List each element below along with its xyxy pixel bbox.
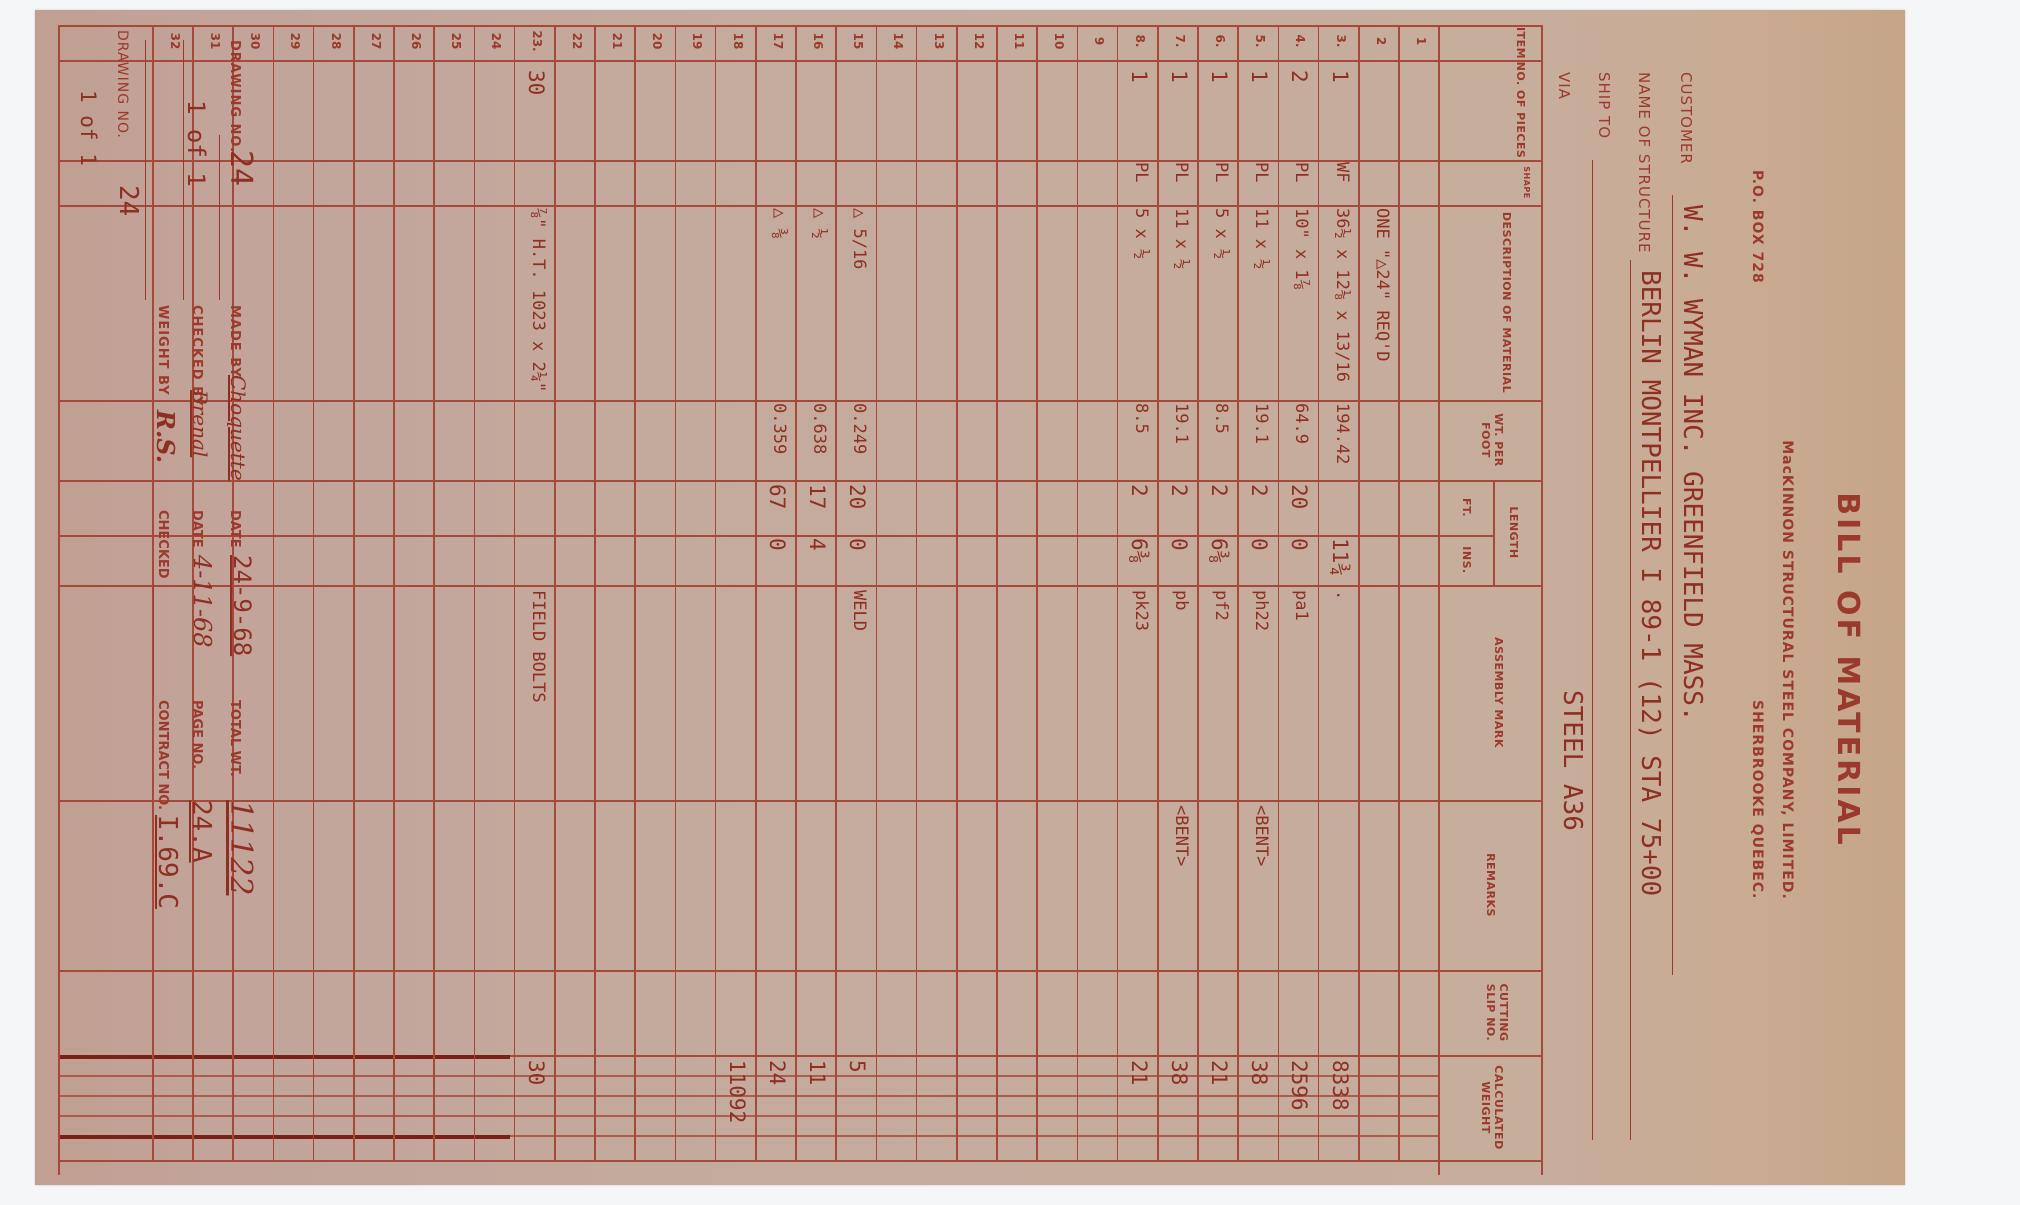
- cell-wt: 19.1: [1251, 403, 1271, 481]
- cell-item: 21: [610, 26, 624, 56]
- cell-mark: pf2: [1211, 590, 1231, 800]
- cell-ins: 0: [1287, 538, 1311, 584]
- cell-item: 29: [288, 26, 302, 56]
- cell-description: 36½ x 12⅛ x 13/16: [1332, 208, 1352, 398]
- cell-wt: 0.638: [809, 403, 829, 481]
- cell-description: △ ⅜: [769, 208, 789, 398]
- steel-grade: STEEL A36: [1557, 690, 1587, 831]
- cell-ins: 6⅜: [1127, 538, 1151, 584]
- cell-shape: PL: [1171, 162, 1191, 207]
- header-description: DESCRIPTION OF MATERIAL: [1500, 205, 1513, 400]
- cell-item: 24: [489, 26, 503, 56]
- header-length: LENGTH: [1507, 480, 1520, 585]
- cell-description: 11 x ½: [1171, 208, 1191, 398]
- cell-weight: 30: [524, 1060, 548, 1160]
- cell-item: 12: [972, 26, 986, 56]
- cell-wt: 194.42: [1332, 403, 1352, 481]
- cell-ft: 2: [1127, 484, 1151, 534]
- cell-item: 19: [690, 26, 704, 56]
- city: SHERBROOKE QUEBEC.: [1749, 700, 1765, 1000]
- page-no-label: PAGE NO.: [189, 700, 204, 769]
- cell-item: 11: [1012, 26, 1026, 56]
- cell-remarks: <BENT>: [1171, 805, 1191, 970]
- cell-pieces: 1: [1167, 70, 1191, 160]
- cell-weight: 24: [765, 1060, 789, 1160]
- cell-item: 25: [449, 26, 463, 56]
- cell-item: 2: [1374, 26, 1388, 56]
- cell-weight: 21: [1127, 1060, 1151, 1160]
- cell-ins: 0: [1167, 538, 1191, 584]
- cell-wt: 19.1: [1171, 403, 1191, 481]
- total-wt-value: 11122: [223, 800, 258, 895]
- cell-ins: 6⅜: [1207, 538, 1231, 584]
- footer-block: DRAWING NO. 24 MADE BY Choquette DATE 24…: [60, 40, 250, 1190]
- weight-by-value: R.S.: [151, 410, 180, 463]
- cell-description: 5 x ½: [1131, 208, 1151, 398]
- customer-label: CUSTOMER: [1677, 72, 1695, 165]
- cell-item: 8.: [1133, 26, 1147, 56]
- cell-remarks: <BENT>: [1251, 805, 1271, 970]
- cell-shape: PL: [1131, 162, 1151, 207]
- header-wt-per-foot: WT. PER FOOT: [1479, 400, 1505, 480]
- header-calculated-weight: CALCULATED WEIGHT: [1479, 1055, 1505, 1160]
- cell-weight: 2596: [1287, 1060, 1311, 1160]
- cell-description: △ ½: [809, 208, 829, 398]
- cell-description: ⅞" H.T. 1023 x 2¼": [528, 208, 548, 398]
- cell-item: 5.: [1253, 26, 1267, 56]
- cell-wt: 0.359: [769, 403, 789, 481]
- structure-label: NAME OF STRUCTURE: [1635, 72, 1653, 253]
- cell-item: 26: [409, 26, 423, 56]
- cell-item: 14: [891, 26, 905, 56]
- structure-value: BERLIN MONTPELLIER I 89-1 (12) STA 75+00: [1635, 270, 1665, 896]
- cell-item: 18: [731, 26, 745, 56]
- cell-item: 27: [369, 26, 383, 56]
- cell-item: 3.: [1334, 26, 1348, 56]
- form-title: BILL OF MATERIAL: [1830, 390, 1865, 950]
- header-assembly-mark: ASSEMBLY MARK: [1492, 585, 1505, 800]
- header-ins: INS.: [1460, 535, 1473, 585]
- date-label: DATE: [227, 510, 242, 548]
- cell-description: 10" x 1⅞: [1291, 208, 1311, 398]
- total-wt-label: TOTAL WT.: [227, 700, 242, 777]
- cell-shape: PL: [1251, 162, 1271, 207]
- contract-no-value: I.69.C: [152, 815, 182, 909]
- header-pieces: NO. OF PIECES: [1514, 60, 1527, 160]
- cell-item: 20: [650, 26, 664, 56]
- contract-no-label: CONTRACT NO.: [155, 700, 170, 810]
- cell-ins: 11¾: [1328, 538, 1352, 584]
- cell-pieces: 30: [524, 70, 548, 160]
- cell-ins: 0: [1247, 538, 1271, 584]
- cell-ft: 2: [1167, 484, 1191, 534]
- cell-wt: 8.5: [1211, 403, 1231, 481]
- cell-item: 15: [851, 26, 865, 56]
- cell-mark: pb: [1171, 590, 1191, 800]
- cell-ins: 4: [805, 538, 829, 584]
- checked-by-value: Brenal: [188, 390, 212, 457]
- cell-pieces: 1: [1207, 70, 1231, 160]
- customer-value: W. W. WYMAN INC. GREENFIELD MASS.: [1677, 205, 1707, 722]
- cell-item: 7.: [1173, 26, 1187, 56]
- cell-mark: WELD: [849, 590, 869, 800]
- cell-mark: pk23: [1131, 590, 1151, 800]
- cell-shape: PL: [1211, 162, 1231, 207]
- ship-to-label: SHIP TO: [1595, 72, 1613, 139]
- cell-pieces: 1: [1247, 70, 1271, 160]
- cell-item: 13: [932, 26, 946, 56]
- cell-ft: 2: [1247, 484, 1271, 534]
- cell-wt: 8.5: [1131, 403, 1151, 481]
- cell-ft: 17: [805, 484, 829, 534]
- date2-label: DATE: [189, 510, 204, 548]
- cell-item: 6.: [1213, 26, 1227, 56]
- cell-shape: PL: [1291, 162, 1311, 207]
- cell-item: 17: [771, 26, 785, 56]
- cell-weight: 38: [1247, 1060, 1271, 1160]
- sheet-value-2: 1 of 1: [182, 100, 210, 187]
- header-shape: SHAPE: [1520, 160, 1533, 205]
- weight-by-label: WEIGHT BY: [155, 305, 170, 396]
- cell-pieces: 1: [1127, 70, 1151, 160]
- header-ft: FT.: [1460, 480, 1473, 535]
- cell-ft: 20: [1287, 484, 1311, 534]
- cell-ins: 0: [765, 538, 789, 584]
- made-by-value: Choquette: [226, 375, 250, 481]
- header-item: ITEM: [1514, 26, 1527, 60]
- cell-mark: ph22: [1251, 590, 1271, 800]
- cell-pieces: 1: [1328, 70, 1352, 160]
- cell-description: ONE "△24" REQ'D: [1372, 208, 1392, 398]
- cell-ins: 0: [845, 538, 869, 584]
- drawing-no-value-2: 24: [223, 150, 258, 186]
- po-box: P.O. BOX 728: [1749, 170, 1765, 470]
- cell-item: 23.: [530, 26, 544, 56]
- cell-weight: 8338: [1328, 1060, 1352, 1160]
- date-value: 24-9-68: [228, 555, 256, 656]
- cell-item: 10: [1052, 26, 1066, 56]
- cell-description: 5 x ½: [1211, 208, 1231, 398]
- company-name: MacKINNON STRUCTURAL STEEL COMPANY, LIMI…: [1779, 270, 1795, 1070]
- cell-mark: FIELD BOLTS: [528, 590, 548, 800]
- drawing-no-label-2: DRAWING NO.: [227, 40, 242, 153]
- cell-item: 4.: [1293, 26, 1307, 56]
- cell-item: 1: [1414, 26, 1428, 56]
- cell-weight: 38: [1167, 1060, 1191, 1160]
- cell-item: 28: [329, 26, 343, 56]
- cell-weight: 11: [805, 1060, 829, 1160]
- cell-description: 11 x ½: [1251, 208, 1271, 398]
- cell-pieces: 2: [1287, 70, 1311, 160]
- cell-weight: 11092: [725, 1060, 749, 1160]
- header-cutting-slip: CUTTING SLIP NO.: [1484, 970, 1510, 1055]
- cell-wt: 64.9: [1291, 403, 1311, 481]
- via-label: VIA: [1555, 72, 1573, 100]
- page-no-value: 24.A: [186, 800, 216, 863]
- cell-ft: 2: [1207, 484, 1231, 534]
- cell-mark: .: [1332, 590, 1352, 800]
- cell-weight: 21: [1207, 1060, 1231, 1160]
- cell-mark: pa1: [1291, 590, 1311, 800]
- cell-item: 16: [811, 26, 825, 56]
- cell-item: 22: [570, 26, 584, 56]
- cell-item: 9: [1092, 26, 1106, 56]
- cell-weight: 5: [845, 1060, 869, 1160]
- cell-wt: 0.249: [849, 403, 869, 481]
- cell-ft: 67: [765, 484, 789, 534]
- header-remarks: REMARKS: [1484, 800, 1497, 970]
- checked-label: CHECKED: [155, 510, 170, 579]
- cell-shape: WF: [1332, 162, 1352, 207]
- made-by-label: MADE BY: [227, 305, 242, 378]
- cell-item: 30: [248, 26, 262, 56]
- date2-value: 4-11-68: [188, 555, 216, 648]
- bill-of-material-sheet: BILL OF MATERIAL MacKINNON STRUCTURAL ST…: [35, 10, 1905, 1185]
- cell-ft: 20: [845, 484, 869, 534]
- cell-description: △ 5/16: [849, 208, 869, 398]
